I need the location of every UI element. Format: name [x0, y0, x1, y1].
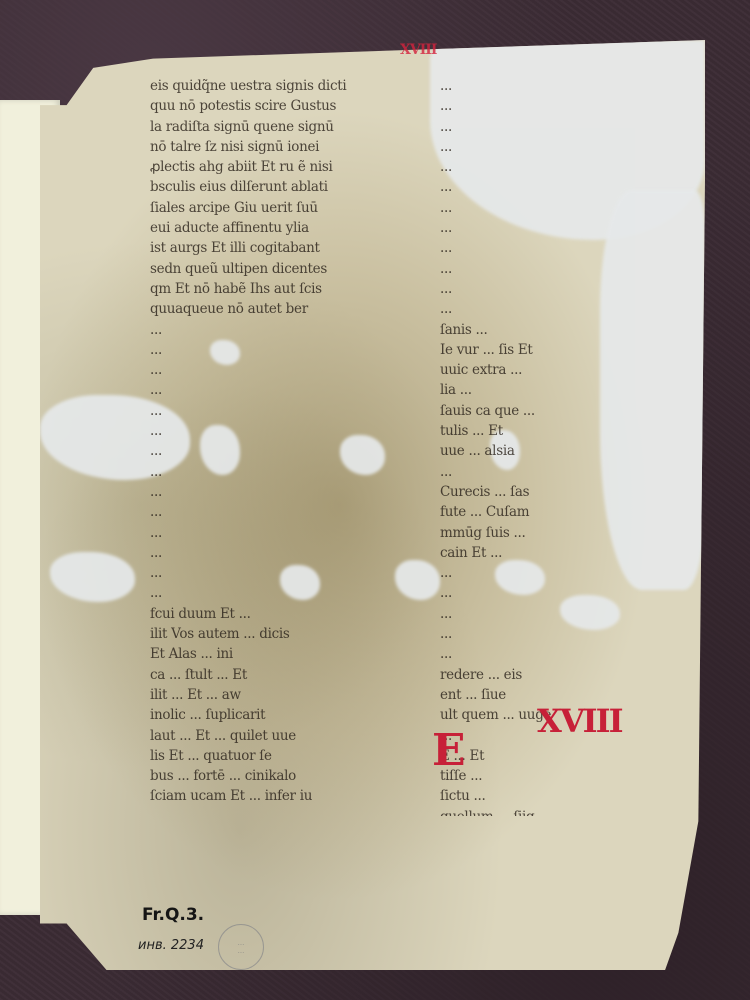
red-initial: E: [432, 725, 466, 776]
top-red-mark: XVIII: [400, 42, 436, 58]
text-column-left: eis quidq̃ne uestra signis dicti quu nō …: [150, 76, 418, 816]
chapter-numeral: XVIII: [537, 702, 622, 740]
inventory-number: инв. 2234: [138, 938, 204, 953]
shelfmark-label: Fr.Q.3.: [142, 905, 204, 925]
repair-patch-left-lower: [50, 552, 135, 602]
library-stamp: ... ...: [218, 924, 264, 970]
